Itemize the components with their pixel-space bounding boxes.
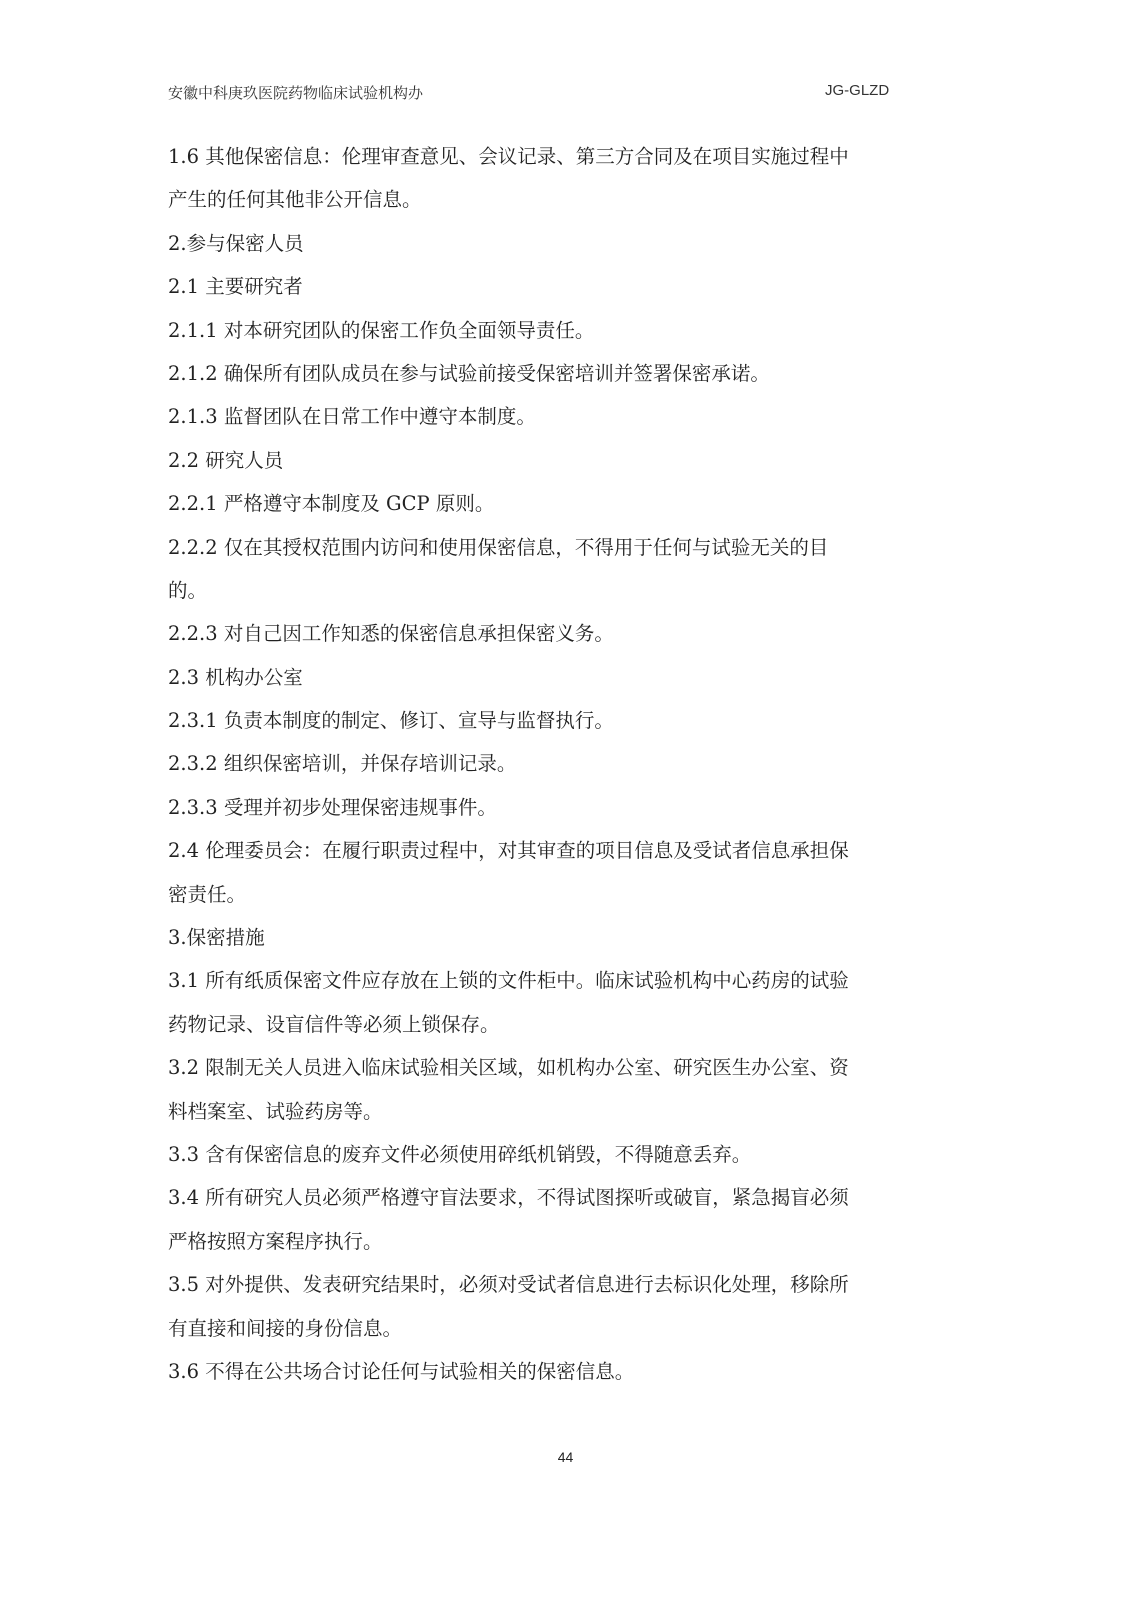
text-line: 严格按照方案程序执行。 xyxy=(168,1225,953,1268)
text-line: 1.6 其他保密信息：伦理审查意见、会议记录、第三方合同及在项目实施过程中 xyxy=(168,140,953,183)
header-doc-code: JG-GLZD xyxy=(825,82,889,99)
subsection-heading: 2.2 研究人员 xyxy=(168,444,953,487)
text-line: 密责任。 xyxy=(168,878,953,921)
text-line: 2.1.1 对本研究团队的保密工作负全面领导责任。 xyxy=(168,314,953,357)
subsection-heading: 2.1 主要研究者 xyxy=(168,270,953,313)
text-line: 产生的任何其他非公开信息。 xyxy=(168,183,953,226)
text-line: 3.6 不得在公共场合讨论任何与试验相关的保密信息。 xyxy=(168,1355,953,1398)
text-line: 2.2.1 严格遵守本制度及 GCP 原则。 xyxy=(168,487,953,530)
text-line: 的。 xyxy=(168,574,953,617)
text-line: 2.3.3 受理并初步处理保密违规事件。 xyxy=(168,791,953,834)
section-heading: 3.保密措施 xyxy=(168,921,953,964)
text-line: 料档案室、试验药房等。 xyxy=(168,1095,953,1138)
header-organization: 安徽中科庚玖医院药物临床试验机构办 xyxy=(168,82,423,103)
body-text: 1.6 其他保密信息：伦理审查意见、会议记录、第三方合同及在项目实施过程中 产生… xyxy=(168,140,953,1398)
subsection-heading: 2.3 机构办公室 xyxy=(168,661,953,704)
text-line: 3.1 所有纸质保密文件应存放在上锁的文件柜中。临床试验机构中心药房的试验 xyxy=(168,964,953,1007)
section-heading: 2.参与保密人员 xyxy=(168,227,953,270)
text-line: 药物记录、设盲信件等必须上锁保存。 xyxy=(168,1008,953,1051)
text-line: 3.3 含有保密信息的废弃文件必须使用碎纸机销毁，不得随意丢弃。 xyxy=(168,1138,953,1181)
text-line: 3.4 所有研究人员必须严格遵守盲法要求，不得试图探听或破盲，紧急揭盲必须 xyxy=(168,1181,953,1224)
text-line: 2.3.1 负责本制度的制定、修订、宣导与监督执行。 xyxy=(168,704,953,747)
text-line: 2.1.3 监督团队在日常工作中遵守本制度。 xyxy=(168,400,953,443)
document-page: 安徽中科庚玖医院药物临床试验机构办 JG-GLZD 1.6 其他保密信息：伦理审… xyxy=(0,0,1131,1600)
text-line: 有直接和间接的身份信息。 xyxy=(168,1312,953,1355)
text-line: 3.2 限制无关人员进入临床试验相关区域，如机构办公室、研究医生办公室、资 xyxy=(168,1051,953,1094)
page-number: 44 xyxy=(0,1449,1131,1465)
text-line: 3.5 对外提供、发表研究结果时，必须对受试者信息进行去标识化处理，移除所 xyxy=(168,1268,953,1311)
text-line: 2.1.2 确保所有团队成员在参与试验前接受保密培训并签署保密承诺。 xyxy=(168,357,953,400)
text-line: 2.4 伦理委员会：在履行职责过程中，对其审查的项目信息及受试者信息承担保 xyxy=(168,834,953,877)
text-line: 2.3.2 组织保密培训，并保存培训记录。 xyxy=(168,747,953,790)
text-line: 2.2.3 对自己因工作知悉的保密信息承担保密义务。 xyxy=(168,617,953,660)
text-line: 2.2.2 仅在其授权范围内访问和使用保密信息，不得用于任何与试验无关的目 xyxy=(168,531,953,574)
